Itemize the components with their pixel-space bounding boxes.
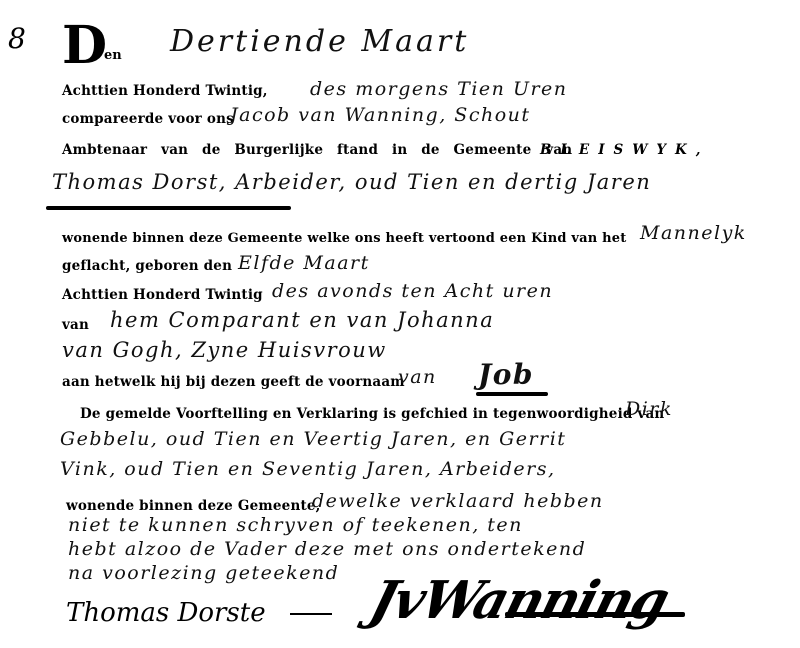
printed-wonende: wonende binnen deze Gemeente welke ons h… <box>62 231 626 246</box>
printed-geflacht: geflacht, geboren den <box>62 258 232 274</box>
municipality-name: BLEISWYK, <box>540 142 710 158</box>
official-signature: JvWanning <box>364 570 674 631</box>
child-name-underline <box>476 392 548 396</box>
declaration-handwritten: dewelke verklaard hebben <box>312 490 604 512</box>
birthdate-handwritten: Elfde Maart <box>238 252 370 274</box>
declaration-3-handwritten: hebt alzoo de Vader deze met ons onderte… <box>68 538 586 560</box>
printed-ambtenaar: Ambtenaar van de Burgerlijke ftand in de… <box>62 142 572 158</box>
printed-witnesses: De gemelde Voorftelling en Verklaring is… <box>80 406 664 422</box>
mother-handwritten: hem Comparant en van Johanna <box>110 308 494 332</box>
father-underline <box>46 206 291 210</box>
drop-cap: D <box>62 20 107 72</box>
civil-record-page: 8 D en Dertiende Maart Achttien Honderd … <box>0 0 800 648</box>
printed-van: van <box>62 317 89 333</box>
printed-compareerde: compareerde voor ons <box>62 111 234 127</box>
child-name-handwritten: Job <box>478 358 534 391</box>
printed-year-line: Achttien Honderd Twintig, <box>62 83 268 99</box>
father-signature: Thomas Dorste <box>66 598 266 628</box>
official-signature-flourish <box>505 612 685 617</box>
witness-1-first-handwritten: Dirk <box>625 398 673 420</box>
mother-surname-handwritten: van Gogh, Zyne Huisvrouw <box>62 338 387 362</box>
witness-1-handwritten: Gebbelu, oud Tien en Veertig Jaren, en G… <box>60 428 566 450</box>
declaration-2-handwritten: niet te kunnen schryven of teekenen, ten <box>68 514 523 536</box>
witness-2-handwritten: Vink, oud Tien en Seventig Jaren, Arbeid… <box>60 458 556 480</box>
official-name-handwritten: Jacob van Wanning, Schout <box>230 104 531 126</box>
birthtime-handwritten: des avonds ten Acht uren <box>272 280 553 302</box>
printed-voornaam: aan hetwelk hij bij dezen geeft de voorn… <box>62 374 405 390</box>
signature-line <box>290 613 332 615</box>
van-handwritten: van <box>398 366 437 388</box>
printed-wonende-2: wonende binnen deze Gemeente, <box>66 498 321 514</box>
date-handwritten: Dertiende Maart <box>170 24 469 59</box>
declaration-4-handwritten: na voorlezing geteekend <box>68 562 339 584</box>
printed-year-line-2: Achttien Honderd Twintig <box>62 287 263 303</box>
entry-number: 8 <box>8 22 26 55</box>
time-handwritten: des morgens Tien Uren <box>310 78 568 100</box>
sex-handwritten: Mannelyk <box>640 222 747 244</box>
father-handwritten: Thomas Dorst, Arbeider, oud Tien en dert… <box>52 170 651 194</box>
opening-rest: en <box>104 48 122 63</box>
